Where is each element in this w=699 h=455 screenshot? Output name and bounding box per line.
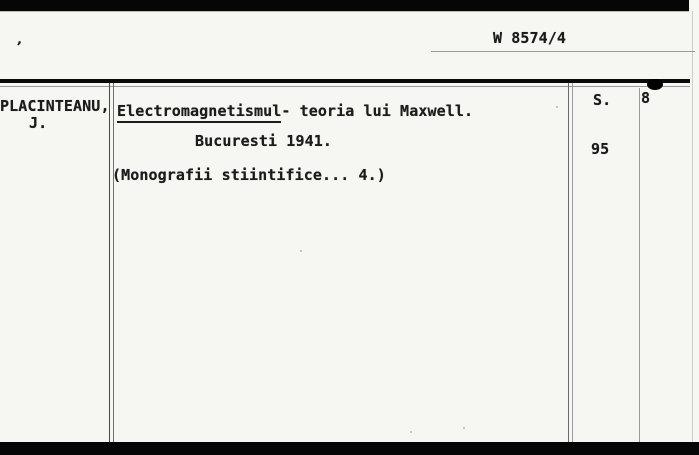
card-top-rule: [0, 79, 690, 83]
scan-right-edge-line: [692, 11, 693, 442]
scan-top-band-edge: [0, 11, 689, 12]
scan-speckle: [556, 106, 558, 108]
author-column-divider-2: [113, 83, 114, 442]
series-note: (Monografii stiintifice... 4.): [112, 168, 386, 183]
shelf-mark-number: 95: [591, 142, 609, 157]
scan-top-band: [0, 0, 689, 11]
author-initial: J.: [29, 116, 47, 131]
book-title-underlined: Electromagnetismul: [117, 102, 281, 123]
call-number: W 8574/4: [493, 31, 566, 46]
stray-ink-mark: ’: [12, 39, 23, 55]
corner-column-divider: [639, 88, 640, 442]
shelf-column-divider-2: [572, 83, 573, 442]
book-title: Electromagnetismul- teoria lui Maxwell.: [117, 104, 473, 119]
scan-speckle: [463, 427, 465, 429]
imprint: Bucuresti 1941.: [195, 134, 332, 149]
shelf-column-divider: [568, 83, 569, 442]
shelf-mark-letter: S.: [593, 93, 611, 108]
book-title-rest: - teoria lui Maxwell.: [281, 102, 473, 120]
author-surname: PLACINTEANU,: [0, 99, 110, 114]
card-top-rule-shadow: [0, 86, 690, 87]
scan-bottom-band: [0, 442, 699, 455]
scan-speckle: [410, 431, 412, 433]
scan-speckle: [300, 250, 302, 252]
call-number-underline-shadow: [431, 51, 695, 52]
catalog-card-scan: ’ W 8574/4 PLACINTEANU, J. Electromagnet…: [0, 0, 699, 455]
corner-digit: 8: [641, 91, 650, 106]
author-column-divider: [109, 83, 110, 442]
